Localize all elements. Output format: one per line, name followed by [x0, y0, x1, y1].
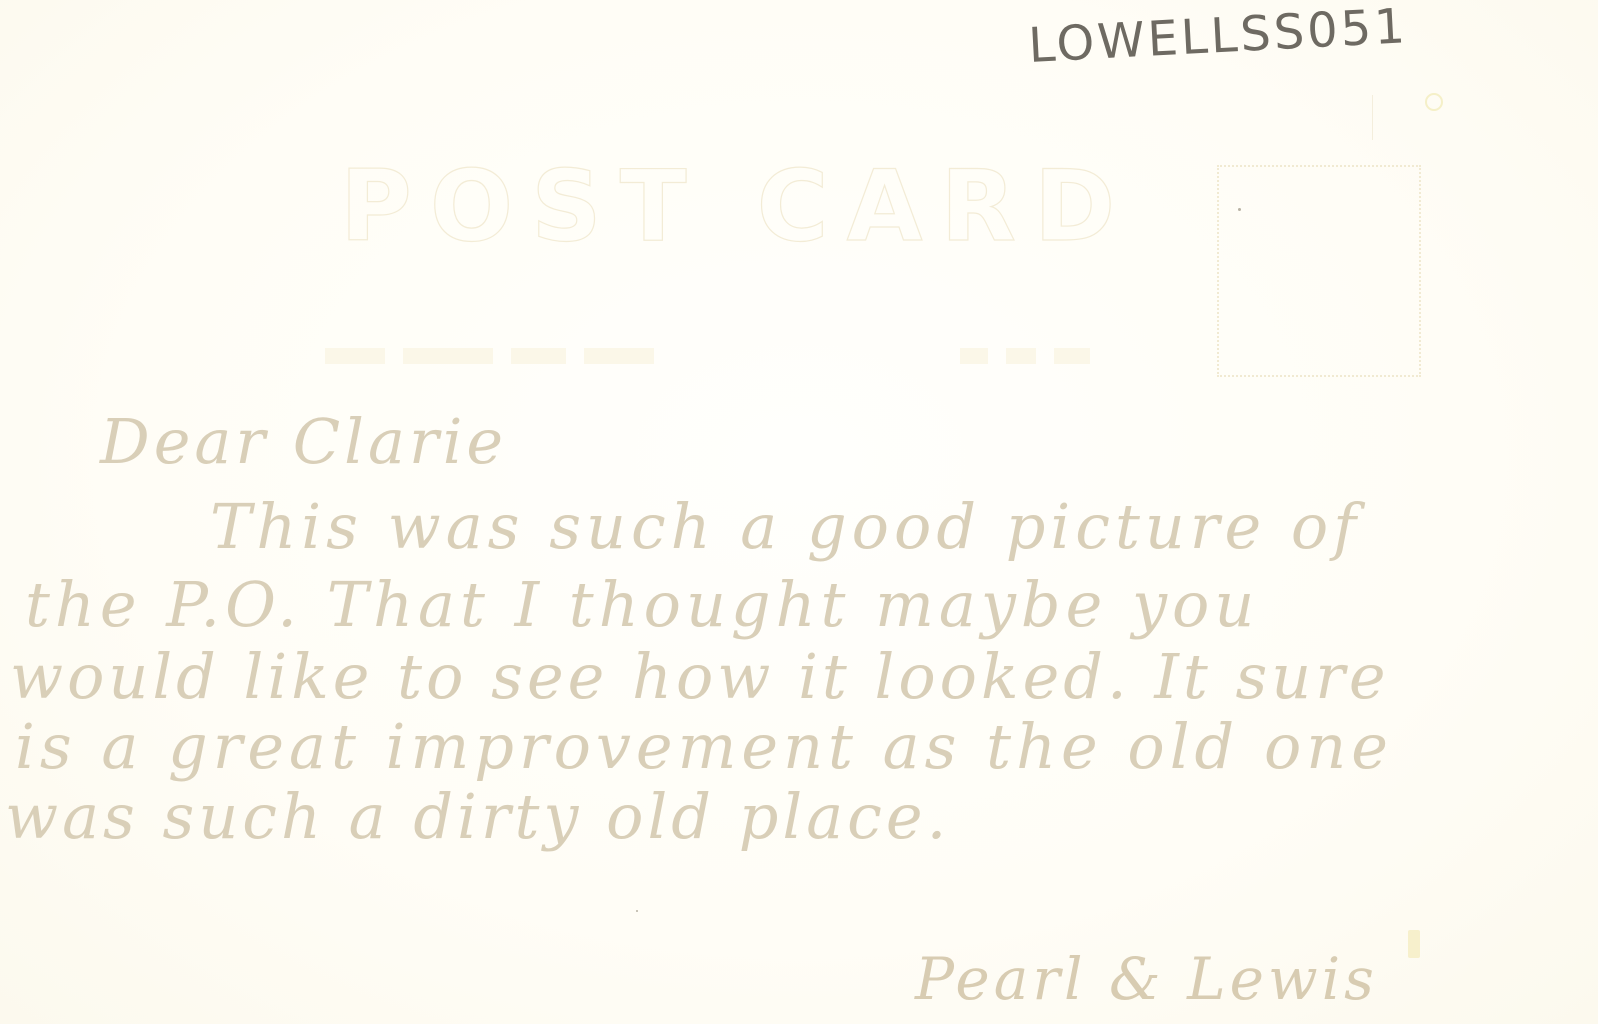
- message-line: would like to see how it looked. It sure: [10, 640, 1390, 713]
- speck: [636, 910, 638, 912]
- printed-caption-right: [960, 348, 1090, 366]
- catalog-id-label: LOWELLSS051: [1027, 0, 1409, 74]
- message-line: is a great improvement as the old one: [15, 710, 1393, 783]
- corner-mark-icon: [1425, 93, 1443, 111]
- postcard-back: LOWELLSS051 POST CARD Dear Clarie This w…: [0, 0, 1598, 1024]
- message-salutation: Dear Clarie: [100, 405, 507, 478]
- printed-header: POST CARD: [340, 150, 1133, 264]
- message-signature: Pearl & Lewis: [915, 945, 1378, 1013]
- message-line: the P.O. That I thought maybe you: [25, 568, 1259, 641]
- stamp-box: [1217, 165, 1421, 377]
- speck: [1238, 208, 1241, 211]
- printed-caption-left: [325, 348, 654, 366]
- corner-tape-mark: [1408, 930, 1420, 958]
- message-line: This was such a good picture of: [210, 490, 1361, 563]
- message-line: was such a dirty old place.: [5, 780, 950, 853]
- stamp-box-tick: [1372, 95, 1373, 140]
